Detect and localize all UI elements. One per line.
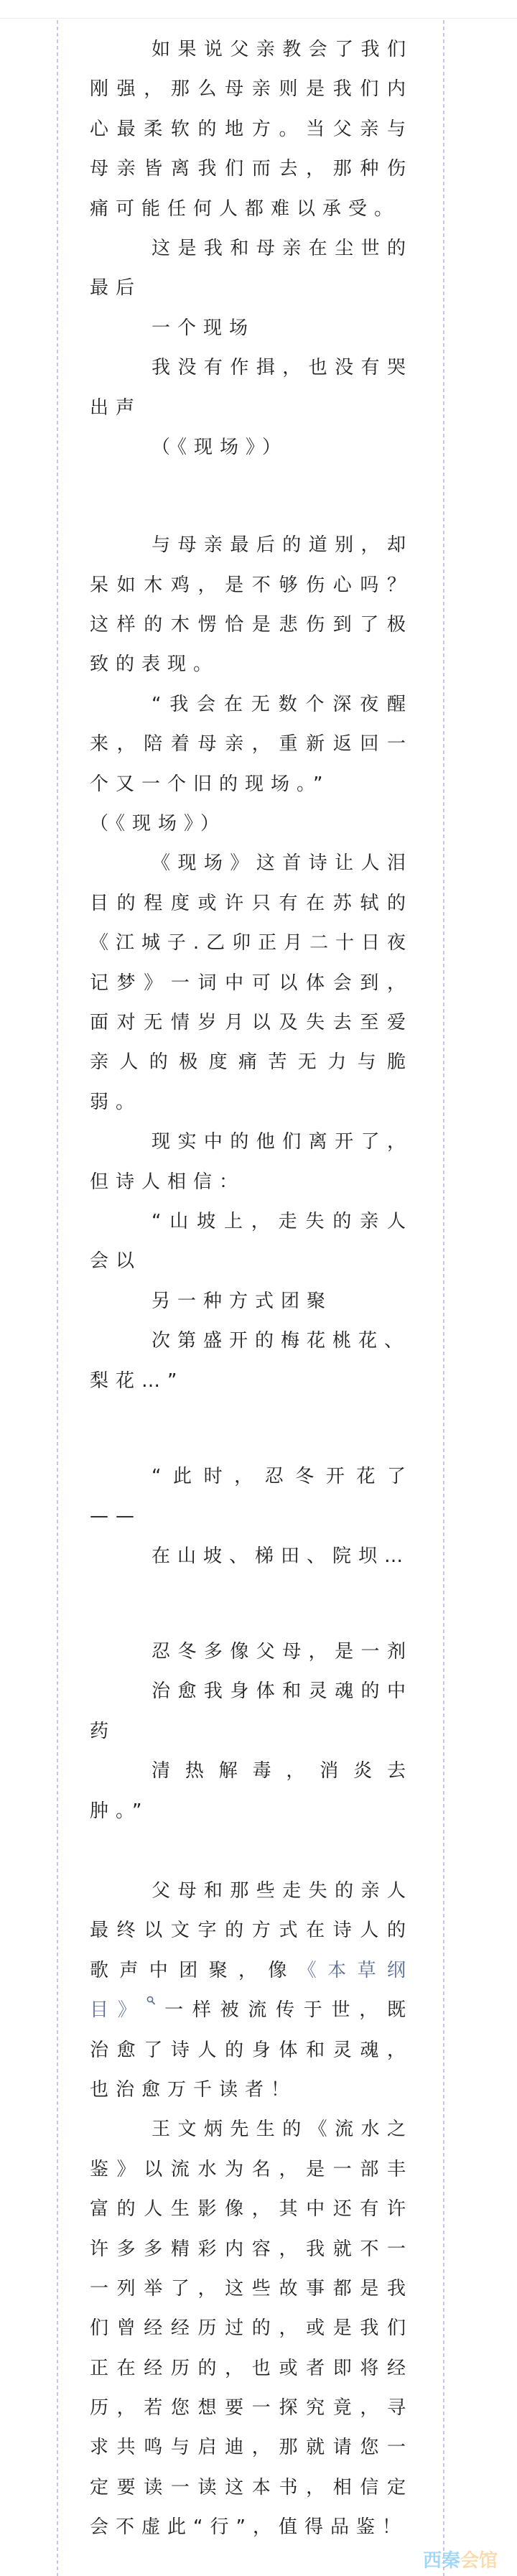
text-line: 我没有作揖，也没有哭 xyxy=(90,348,410,388)
text-line: 呆如木鸡，是不够伤心吗？ xyxy=(90,566,410,605)
quote-line: 忍冬多像父母，是一剂 xyxy=(90,1632,410,1672)
text-line: 也治愈万千读者！ xyxy=(90,2070,410,2110)
text-line: 这是我和母亲在尘世的 xyxy=(90,229,410,269)
text-line: 亲人的极度痛苦无力与脆 xyxy=(90,1043,410,1082)
quote-line: —— xyxy=(90,1497,410,1536)
paragraph-gap xyxy=(90,468,410,526)
citation-line: （《现场》） xyxy=(90,428,410,468)
text-line: 弱。 xyxy=(90,1083,410,1122)
text-line: 《现场》这首诗让人泪 xyxy=(90,844,410,883)
left-dashed-border xyxy=(57,20,58,2576)
watermark-part-2: 会馆 xyxy=(460,2550,498,2572)
text-line: 正在经历的，也或者即将经 xyxy=(90,2349,410,2389)
text-line: 刚强，那么母亲则是我们内 xyxy=(90,70,410,109)
quote-line: 药 xyxy=(90,1712,410,1752)
text-line: 但诗人相信： xyxy=(90,1163,410,1202)
text-segment: 歌声中团聚，像 xyxy=(90,1960,298,1981)
paragraph-gap xyxy=(90,1576,410,1632)
text-line: 富的人生影像，其中还有许 xyxy=(90,2190,410,2229)
quote-line: 清热解毒，消炎去 xyxy=(90,1752,410,1791)
book-link-bencao-gangmu-cont[interactable]: 目》 xyxy=(90,1999,145,2021)
text-line: 痛可能任何人都难以承受。 xyxy=(90,190,410,229)
watermark-part-1: 西秦 xyxy=(423,2550,460,2572)
text-line: 王文炳先生的《流水之 xyxy=(90,2110,410,2149)
text-line: 们曾经经历过的，或是我们 xyxy=(90,2309,410,2348)
quote-line: 肿。” xyxy=(90,1792,410,1831)
book-link-bencao-gangmu[interactable]: 《本草纲 xyxy=(298,1960,410,1981)
text-line: 记梦》一词中可以体会到， xyxy=(90,964,410,1003)
quote-line: 会以 xyxy=(90,1242,410,1281)
text-line: 出声 xyxy=(90,389,410,428)
text-line: 最终以文字的方式在诗人的 xyxy=(90,1911,410,1950)
text-line: 父母和那些走失的亲人 xyxy=(90,1871,410,1911)
article-body: 如果说父亲教会了我们 刚强，那么母亲则是我们内 心最柔软的地方。当父亲与 母亲皆… xyxy=(90,30,410,2548)
quote-line: 梨花…” xyxy=(90,1362,410,1401)
text-line: 许多多精彩内容，我就不一 xyxy=(90,2230,410,2269)
text-line: 母亲皆离我们而去，那种伤 xyxy=(90,149,410,189)
text-segment: 一样被流传于世，既 xyxy=(159,1999,410,2021)
text-line: 历，若您想要一探究竟，寻 xyxy=(90,2389,410,2428)
paragraph-gap xyxy=(90,1401,410,1457)
text-line: 一列举了，这些故事都是我 xyxy=(90,2269,410,2309)
text-line: 一个现场 xyxy=(90,309,410,348)
top-divider xyxy=(0,18,517,19)
text-line: 鉴》以流水为名，是一部丰 xyxy=(90,2150,410,2190)
text-line: 目》一样被流传于世，既 xyxy=(90,1991,410,2030)
quote-line: 来，陪着母亲，重新返回一 xyxy=(90,725,410,764)
text-line: 面对无情岁月以及失去至爱 xyxy=(90,1003,410,1043)
quote-line: 在山坡、梯田、院坝… xyxy=(90,1537,410,1576)
quote-line: 治愈我身体和灵魂的中 xyxy=(90,1672,410,1711)
text-line: 歌声中团聚，像《本草纲 xyxy=(90,1951,410,1991)
quote-line: 次第盛开的梅花桃花、 xyxy=(90,1321,410,1361)
quote-line: 个又一个旧的现场。” xyxy=(90,765,410,804)
text-line: 治愈了诗人的身体和灵魂， xyxy=(90,2031,410,2070)
text-line: 最后 xyxy=(90,269,410,308)
quote-line: “我会在无数个深夜醒 xyxy=(90,685,410,725)
text-line: 与母亲最后的道别，却 xyxy=(90,526,410,565)
watermark-logo: 西秦会馆 xyxy=(423,2546,498,2572)
search-icon[interactable] xyxy=(146,1996,155,2006)
text-line: 如果说父亲教会了我们 xyxy=(90,30,410,70)
text-line: 这样的木愣恰是悲伤到了极 xyxy=(90,605,410,645)
text-line: 《江城子.乙卯正月二十日夜 xyxy=(90,924,410,963)
text-line: 求共鸣与启迪，那就请您一 xyxy=(90,2428,410,2468)
citation-line: （《现场》） xyxy=(90,804,410,844)
text-line: 定要读一读这本书，相信定 xyxy=(90,2468,410,2508)
text-line: 目的程度或许只有在苏轼的 xyxy=(90,884,410,924)
text-line: 致的表现。 xyxy=(90,645,410,684)
text-line: 会不虚此“行”，值得品鉴！ xyxy=(90,2508,410,2547)
text-line: 心最柔软的地方。当父亲与 xyxy=(90,110,410,149)
quote-line: 另一种方式团聚 xyxy=(90,1282,410,1321)
paragraph-gap xyxy=(90,1831,410,1871)
quote-line: “此时，忍冬开花了 xyxy=(90,1457,410,1497)
text-line: 现实中的他们离开了， xyxy=(90,1122,410,1162)
right-dashed-border xyxy=(443,20,444,2576)
quote-line: “山坡上，走失的亲人 xyxy=(90,1202,410,1242)
